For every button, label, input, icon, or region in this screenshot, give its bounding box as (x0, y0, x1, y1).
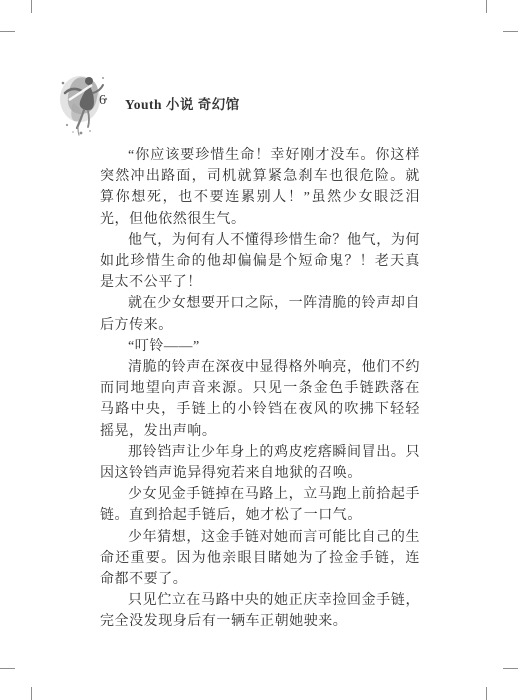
story-paragraph: 就在少女想要开口之际，一阵清脆的铃声却自后方传来。 (100, 293, 420, 335)
story-paragraph: “你应该要珍惜生命！幸好刚才没车。你这样突然冲出路面，司机就算紧急刹车也很危险。… (100, 145, 420, 230)
crop-mark-bottom-left-vertical (31, 687, 32, 700)
crop-mark-top-right-horizontal (503, 31, 518, 32)
crop-mark-bottom-right-vertical (486, 687, 487, 700)
story-paragraph: “叮铃——” (100, 336, 420, 357)
crop-mark-bottom-left-horizontal (0, 668, 15, 669)
story-paragraph: 清脆的铃声在深夜中显得格外响亮，他们不约而同地望向声音来源。只见一条金色手链跌落… (100, 357, 420, 442)
running-title: Youth 小说 奇幻馆 (125, 93, 240, 113)
crop-mark-bottom-right-horizontal (503, 668, 518, 669)
book-page: 6 Youth 小说 奇幻馆 “你应该要珍惜生命！幸好刚才没车。你这样突然冲出路… (0, 0, 518, 700)
crop-mark-top-left-vertical (31, 0, 32, 13)
crop-mark-top-right-vertical (486, 0, 487, 13)
crop-mark-top-left-horizontal (0, 31, 15, 32)
story-paragraph: 少年猜想，这金手链对她而言可能比自己的生命还重要。因为他亲眼目睹她为了捡金手链，… (100, 527, 420, 591)
story-paragraph: 那铃铛声让少年身上的鸡皮疙瘩瞬间冒出。只因这铃铛声诡异得宛若来自地狱的召唤。 (100, 442, 420, 484)
page-number: 6 (99, 93, 106, 109)
story-paragraph: 只见伫立在马路中央的她正庆幸捡回金手链，完全没发现身后有一辆车正朝她驶来。 (100, 590, 420, 632)
story-paragraph: 他气，为何有人不懂得珍惜生命？他气，为何如此珍惜生命的他却偏偏是个短命鬼？！老天… (100, 230, 420, 294)
story-text: “你应该要珍惜生命！幸好刚才没车。你这样突然冲出路面，司机就算紧急刹车也很危险。… (100, 145, 420, 633)
story-paragraph: 少女见金手链掉在马路上，立马跑上前拾起手链。直到拾起手链后，她才松了一口气。 (100, 484, 420, 526)
